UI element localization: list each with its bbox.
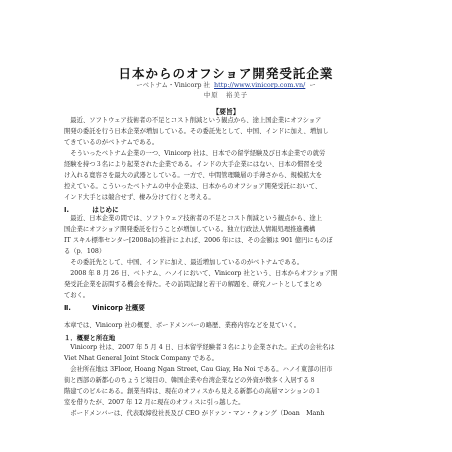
- text-line: 街と西部の新都心のちょうど境目の、韓国企業や台湾企業などの外資が数多く入居する８: [64, 375, 390, 386]
- author-name: 中原 裕美子: [0, 90, 452, 99]
- text-line: IT スキル標準センター[2008a]の推計によれば、2006 年には、その金額…: [64, 235, 390, 246]
- overview-location-paragraph: Vinicorp 社は、2007 年 5 月 4 日、日本留学経験者３名により企…: [64, 342, 390, 419]
- text-line: 室を借りたが、2007 年 12 月に現在のオフィスに引っ越した。: [64, 397, 390, 408]
- subsection-heading-overview-location: １．概要と所在地: [64, 333, 115, 342]
- company-url-link[interactable]: http://www.vinicorp.com.vn/: [214, 81, 305, 89]
- text-line: てきているのがベトナムである。: [64, 137, 390, 148]
- text-line: ておく。: [64, 290, 390, 301]
- text-line: 本章では、Vinicorp 社の概要、ボードメンバーの略歴、業務内容などを見てい…: [64, 320, 390, 331]
- text-line: Viet Nhat General Joint Stock Company であ…: [64, 353, 390, 364]
- text-line: 開発の委託を行う日本企業が増加している。その委託先として、中国、インドに加え、増…: [64, 126, 390, 137]
- text-line: る（p．108）: [64, 246, 390, 257]
- text-line: 国企業にオフショア開発委託を行うことが増加している。独立行政法人情報処理推進機構: [64, 224, 390, 235]
- text-line: 発受託企業を訪問する機会を得た。その訪問記録と若干の解題を、研究ノートとしてまと…: [64, 279, 390, 290]
- text-line: け入れる寛容さを最大の武器としている。一方で、中間管理職層の手薄さから、規模拡大…: [64, 170, 390, 181]
- byline-suffix: ー: [309, 81, 315, 89]
- text-line: 最近、ソフトウェア技術者の不足とコスト削減という観点から、途上国企業にオフショア: [64, 115, 390, 126]
- text-line: 経験を持つ３名により起業された企業である。インドの大手企業にはない、日本の慣習を…: [64, 159, 390, 170]
- introduction-paragraph: 最近、日本企業の間では、ソフトウェア技術者の不足とコスト削減という観点から、途上…: [64, 213, 390, 301]
- text-line: 控えている。こういったベトナムの中小企業は、日本からのオフショア開発受託において…: [64, 181, 390, 192]
- text-line: 会社所在地は 3Floor, Hoang Ngan Street, Cau Gi…: [64, 364, 390, 375]
- text-line: そういったベトナム企業の一つ、Vinicorp 社は、日本での留学経験及び日本企…: [64, 148, 390, 159]
- document-page: 日本からのオフショア開発受託企業 ーベトナム・Vinicorp 社 http:/…: [0, 0, 452, 452]
- company-overview-intro: 本章では、Vinicorp 社の概要、ボードメンバーの略歴、業務内容などを見てい…: [64, 320, 390, 331]
- text-line: インド大手とは競合せず、棲み分けて行くと考える。: [64, 192, 390, 203]
- section-number: Ⅱ.: [64, 304, 90, 312]
- text-line: 最近、日本企業の間では、ソフトウェア技術者の不足とコスト削減という観点から、途上: [64, 213, 390, 224]
- text-line: 2008 年 8 月 26 日、ベトナム、ハノイにおいて、Vinicorp 社と…: [64, 268, 390, 279]
- text-line: その委託先として、中国、インドに加え、最近増加しているのがベトナムである。: [64, 257, 390, 268]
- byline: ーベトナム・Vinicorp 社 http://www.vinicorp.com…: [0, 80, 452, 89]
- text-line: ボードメンバーは、代表取締役社長及び CEO がドァン・マン・クォング（Doan…: [64, 408, 390, 419]
- byline-prefix: ーベトナム・Vinicorp 社: [136, 81, 210, 89]
- summary-paragraph: 最近、ソフトウェア技術者の不足とコスト削減という観点から、途上国企業にオフショア…: [64, 115, 390, 203]
- text-line: 階建てのビルにある。創業当時は、現在のオフィスから見える新都心の高層マンションの…: [64, 386, 390, 397]
- text-line: Vinicorp 社は、2007 年 5 月 4 日、日本留学経験者３名により企…: [64, 342, 390, 353]
- section-title: Vinicorp 社概要: [92, 304, 145, 312]
- section-heading-company-overview: Ⅱ. Vinicorp 社概要: [64, 302, 145, 312]
